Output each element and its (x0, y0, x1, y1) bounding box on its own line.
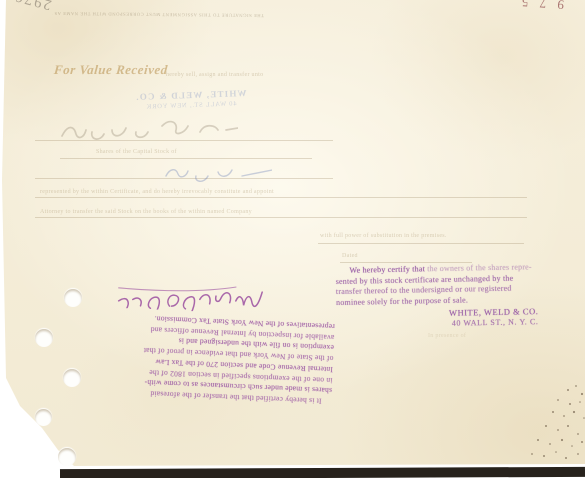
scanned-certificate-back: 2976 9 7 5 THE SIGNATURE TO THIS ASSIGNM… (0, 0, 585, 478)
ghost-form-text: Attorney to transfer the said Stock on t… (40, 209, 252, 215)
stamp-text-faded: the owners of the shares repre- (427, 262, 532, 273)
ghost-form-text: hereby sell, assign and transfer unto (166, 72, 263, 78)
nominee-certification-stamp: We hereby certify that the owners of the… (335, 262, 542, 332)
ghost-handwriting (58, 120, 238, 142)
ghost-rule (318, 243, 524, 244)
ghost-rule (35, 217, 527, 218)
perforation-speckles (498, 382, 585, 467)
punch-hole (35, 329, 53, 347)
ghost-form-text: Dated (342, 253, 358, 259)
ghost-heading-for-value-received: For Value Received (53, 62, 168, 78)
ghost-form-text: In presence of (428, 333, 466, 339)
ghost-form-text: with full power of substitution in the p… (320, 233, 447, 239)
punch-hole (58, 448, 76, 466)
ghost-rule (60, 158, 312, 159)
ghost-form-text: Shares of the Capital Stock of (96, 149, 177, 155)
punch-hole (63, 369, 81, 387)
punch-hole (64, 289, 82, 307)
ghost-handwriting-blue (162, 164, 272, 182)
ghost-form-text: represented by the within Certificate, a… (40, 189, 274, 195)
ghost-rule (35, 197, 527, 198)
scanner-bed-strip (60, 467, 585, 478)
punch-hole (35, 409, 52, 426)
stamp-text: We hereby certify that (349, 264, 425, 274)
signature-white-weld (105, 278, 266, 315)
tax-exemption-stamp: It is hereby certified that the transfer… (72, 276, 337, 406)
